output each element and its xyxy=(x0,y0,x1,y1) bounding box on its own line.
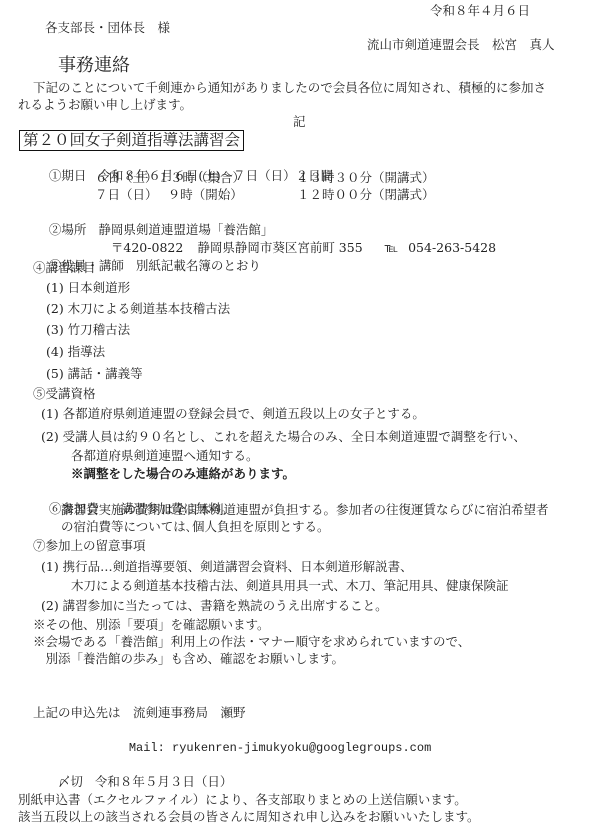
subject-item: (3) 竹刀稽古法 xyxy=(46,322,130,338)
deadline-date: 令和８年５月３日（日） xyxy=(95,774,233,789)
notes-item-1-cont: 木刀による剣道基本技稽古法、剣道具用具一式、木刀、筆記用具、健康保険証 xyxy=(71,578,509,594)
closing-line-1: 別紙申込書（エクセルファイル）により、各支部取りまとめの上送信願います。 xyxy=(18,792,467,808)
notes-label: ⑦参加上の留意事項 xyxy=(33,538,146,554)
eligibility-item-2: (2) 受講人員は約９０名とし、これを超えた場合のみ、全日本剣道連盟で調整を行い… xyxy=(41,429,526,445)
venue-tel: 054-263-5428 xyxy=(408,240,496,255)
event-title: 第２０回女子剣道指導法講習会 xyxy=(19,130,244,151)
eligibility-item-1: (1) 各都道府県剣道連盟の登録会員で、剣道五段以上の女子とする。 xyxy=(41,406,425,422)
notes-item-1: (1) 携行品…剣道指導要領、剣道講習会資料、日本剣道形解説書、 xyxy=(41,559,413,575)
remark: ※会場である「養浩館」利用上の作法・マナー順守を求められていますので、 xyxy=(33,634,470,650)
schedule-day-2: ７日（日） ９時（開始） xyxy=(95,187,243,203)
fee-detail-2: の宿泊費等については､個人負担を原則とする。 xyxy=(61,519,330,535)
schedule-day-1: ６日（土）１３時（集合） xyxy=(95,170,245,186)
page-title: 事務連絡 xyxy=(58,55,130,77)
addressee: 各支部長・団体長 様 xyxy=(45,20,170,36)
sender: 流山市剣道連盟会長 松宮 真人 xyxy=(367,37,555,53)
subject-item: (4) 指導法 xyxy=(46,344,105,360)
document-date: 令和８年４月６日 xyxy=(430,3,530,19)
eligibility-item-2-cont: 各都道府県剣道連盟へ通知する。 xyxy=(71,448,259,464)
subject-item: (5) 講話・講義等 xyxy=(46,366,143,382)
tel-icon: ℡ xyxy=(385,240,398,255)
deadline-label: 〆切 xyxy=(58,774,83,789)
mail-address[interactable]: ryukenren-jimukyoku@googlegroups.com xyxy=(172,741,431,755)
closing-line-2: 該当五段以上の該当される会員の皆さんに周知され申し込みをお願いいたします。 xyxy=(18,809,480,825)
venue-label: ②場所 xyxy=(49,222,87,237)
notes-item-2: (2) 講習参加に当たっては、書籍を熟読のうえ出席すること。 xyxy=(41,598,388,614)
staff-value: 別紙記載名簿のとおり xyxy=(136,258,261,273)
ki-marker: 記 xyxy=(293,114,306,130)
remark: ※その他、別添「要項」を確認願います。 xyxy=(33,617,270,633)
schedule-time-2: １２時００分（閉講式） xyxy=(297,187,435,203)
schedule-time-1: １３時３０分（開講式） xyxy=(297,170,435,186)
remark: 別添「養浩館の歩み」も含め、確認をお願いします。 xyxy=(33,651,344,667)
intro-line-1: 下記のことについて千剣連から通知がありましたので会員各位に周知され、積極的に参加… xyxy=(33,80,546,96)
mail-label: Mail: xyxy=(129,741,165,755)
subject-item: (1) 日本剣道形 xyxy=(46,280,130,296)
application-contact: 上記の申込先は 流剣連事務局 瀬野 xyxy=(33,705,246,721)
dates-label: ①期日 xyxy=(49,168,87,183)
eligibility-label: ⑤受講資格 xyxy=(33,386,96,402)
eligibility-note: ※調整をした場合のみ連絡があります。 xyxy=(71,466,295,482)
intro-line-2: れるようお願い申し上げます。 xyxy=(18,97,192,113)
subjects-label: ④講習課目 xyxy=(33,260,96,276)
fee-detail-1: 講習会実施の費用は全日本剣道連盟が負担する。参加者の往復運賃ならびに宿泊希望者 xyxy=(61,502,549,518)
subject-item: (2) 木刀による剣道基本技稽古法 xyxy=(46,301,230,317)
